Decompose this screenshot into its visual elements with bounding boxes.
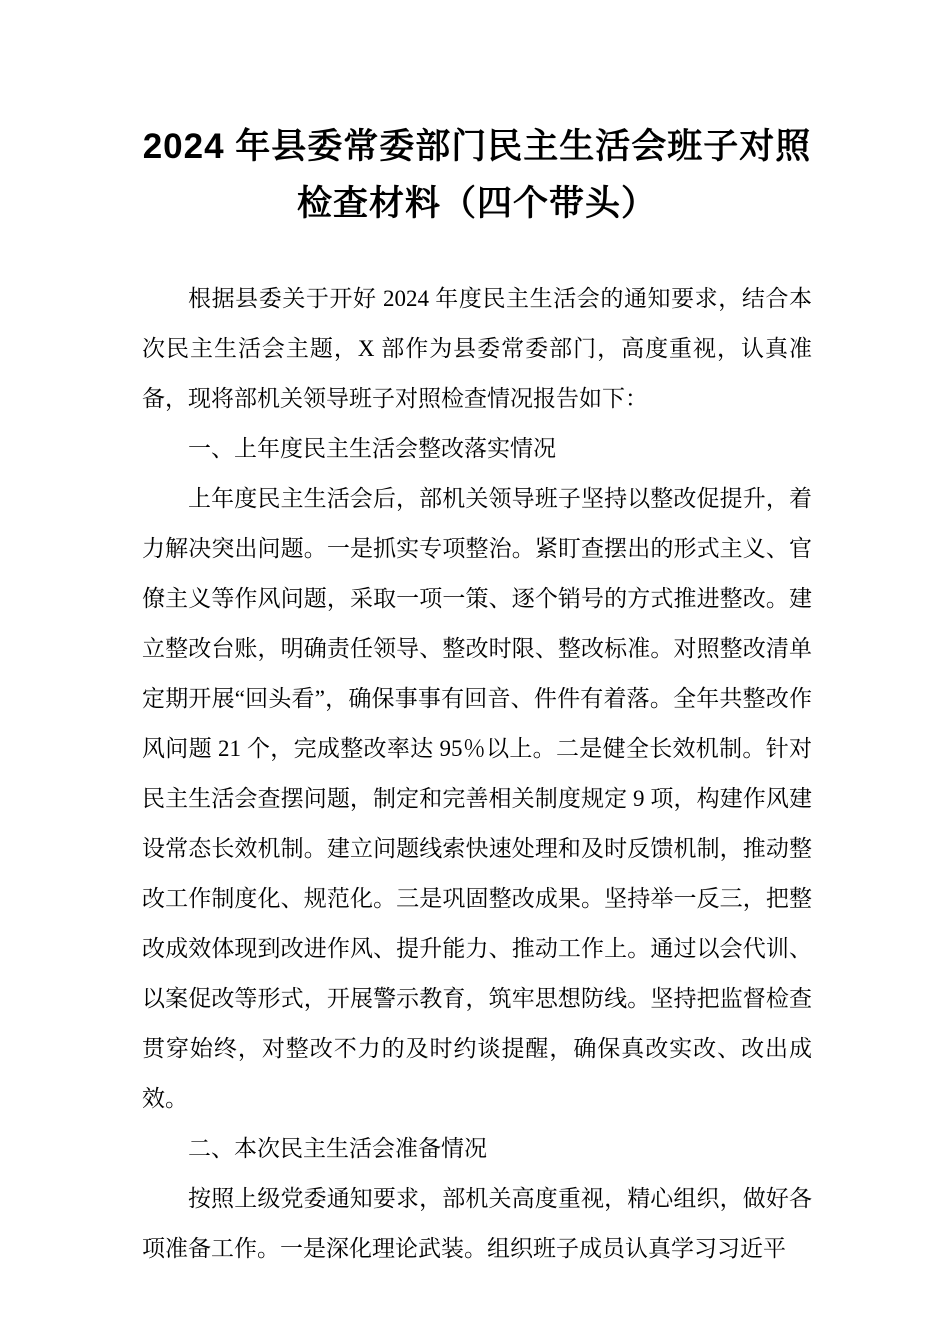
document-page: 2024 年县委常委部门民主生活会班子对照 检查材料（四个带头） 根据县委关于开… bbox=[0, 0, 950, 1344]
document-title: 2024 年县委常委部门民主生活会班子对照 检查材料（四个带头） bbox=[142, 118, 812, 232]
section-heading-2: 二、本次民主生活会准备情况 bbox=[142, 1124, 812, 1174]
section-2-paragraph: 按照上级党委通知要求，部机关高度重视，精心组织，做好各项准备工作。一是深化理论武… bbox=[142, 1174, 812, 1274]
section-1-paragraph: 上年度民主生活会后，部机关领导班子坚持以整改促提升，着力解决突出问题。一是抓实专… bbox=[142, 474, 812, 1124]
document-body: 根据县委关于开好 2024 年度民主生活会的通知要求，结合本次民主生活会主题，X… bbox=[142, 274, 812, 1274]
section-heading-1: 一、上年度民主生活会整改落实情况 bbox=[142, 424, 812, 474]
document-title-line-2: 检查材料（四个带头） bbox=[142, 175, 812, 232]
intro-paragraph: 根据县委关于开好 2024 年度民主生活会的通知要求，结合本次民主生活会主题，X… bbox=[142, 274, 812, 424]
document-title-line-1: 2024 年县委常委部门民主生活会班子对照 bbox=[142, 118, 812, 175]
